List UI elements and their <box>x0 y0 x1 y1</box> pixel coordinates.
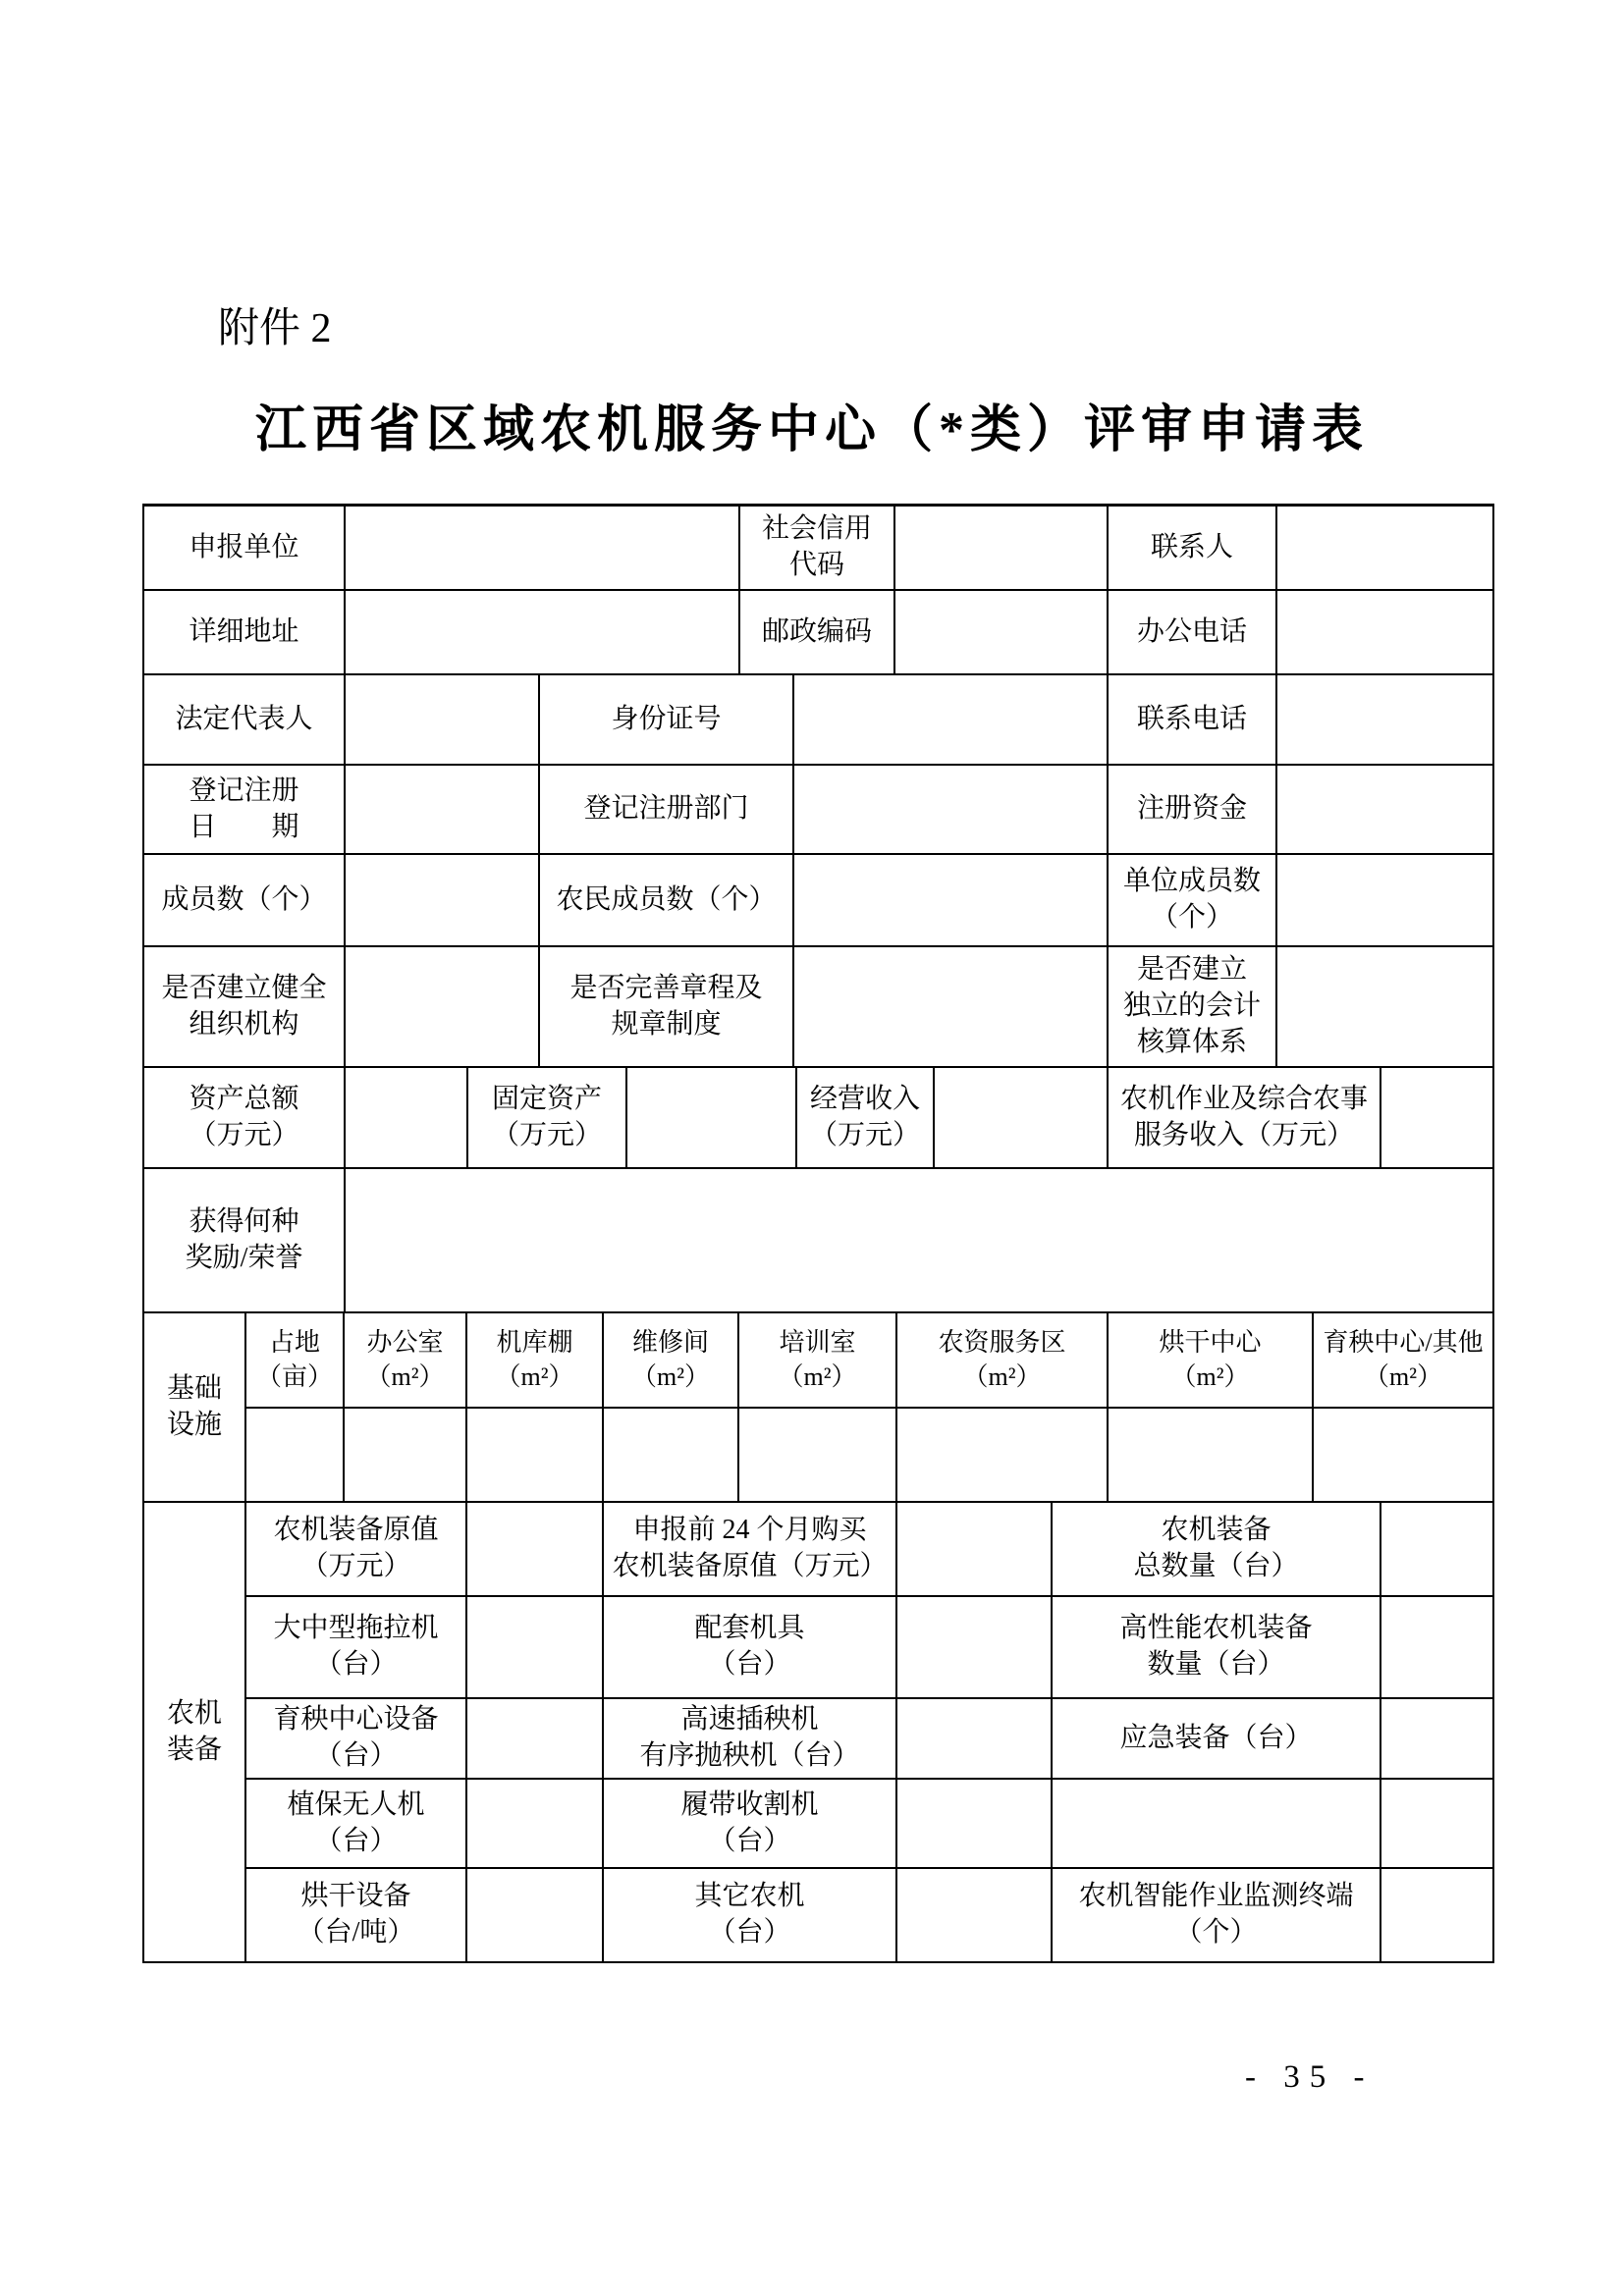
machine-shed-value <box>467 1409 604 1503</box>
drying-center-value <box>1109 1409 1314 1503</box>
attachment-label: 附件 2 <box>218 306 332 351</box>
total-assets-label: 资产总额 （万元） <box>144 1068 346 1169</box>
operating-income-value <box>935 1068 1109 1169</box>
emergency-equipment-label: 应急装备（台） <box>1053 1699 1381 1780</box>
row-legal-representative: 法定代表人 身份证号 联系电话 <box>144 675 1494 766</box>
drone-value <box>467 1780 604 1869</box>
detailed-address-label: 详细地址 <box>144 591 346 675</box>
infrastructure-group-label: 基础 设施 <box>144 1313 246 1503</box>
legal-representative-value <box>346 675 540 766</box>
has-organization-label: 是否建立健全 组织机构 <box>144 947 346 1068</box>
office-phone-value <box>1277 591 1494 675</box>
infrastructure-value-row <box>246 1409 1494 1503</box>
agri-materials-area-label: 农资服务区 （m²） <box>897 1313 1109 1409</box>
row-members: 成员数（个） 农民成员数（个） 单位成员数 （个） <box>144 855 1494 947</box>
detailed-address-value <box>346 591 740 675</box>
section-infrastructure: 基础 设施 占地 （亩） 办公室 （m²） 机库棚 （m²） 维修间 （m²） … <box>144 1313 1494 1503</box>
row-registration: 登记注册 日 期 登记注册部门 注册资金 <box>144 766 1494 855</box>
agri-materials-area-value <box>897 1409 1109 1503</box>
recent-24month-purchase-value <box>897 1503 1053 1597</box>
empty-value-cell <box>1381 1780 1494 1869</box>
seedling-center-other-value <box>1314 1409 1494 1503</box>
other-machinery-value <box>897 1869 1053 1963</box>
recent-24month-purchase-label: 申报前 24 个月购买 农机装备原值（万元） <box>604 1503 897 1597</box>
id-number-value <box>794 675 1109 766</box>
registration-date-label: 登记注册 日 期 <box>144 766 346 855</box>
application-form-table: 申报单位 社会信用 代码 联系人 详细地址 邮政编码 办公电话 法定代表人 身份… <box>142 504 1494 1963</box>
machinery-row-tractor: 大中型拖拉机 （台） 配套机具 （台） 高性能农机装备 数量（台） <box>246 1597 1494 1699</box>
row-address: 详细地址 邮政编码 办公电话 <box>144 591 1494 675</box>
independent-accounting-label: 是否建立 独立的会计 核算体系 <box>1109 947 1277 1068</box>
social-credit-code-label: 社会信用 代码 <box>740 507 895 591</box>
other-machinery-label: 其它农机 （台） <box>604 1869 897 1963</box>
registered-capital-value <box>1277 766 1494 855</box>
applicant-unit-value <box>346 507 740 591</box>
machinery-original-value-value <box>467 1503 604 1597</box>
contact-person-label: 联系人 <box>1109 507 1277 591</box>
machinery-row-original-value: 农机装备原值 （万元） 申报前 24 个月购买 农机装备原值（万元） 农机装备 … <box>246 1503 1494 1597</box>
fixed-assets-label: 固定资产 （万元） <box>468 1068 627 1169</box>
office-phone-label: 办公电话 <box>1109 591 1277 675</box>
machinery-row-drying: 烘干设备 （台/吨） 其它农机 （台） 农机智能作业监测终端 （个） <box>246 1869 1494 1963</box>
crawler-harvester-label: 履带收割机 （台） <box>604 1780 897 1869</box>
has-charter-label: 是否完善章程及 规章制度 <box>540 947 794 1068</box>
registration-authority-value <box>794 766 1109 855</box>
registered-capital-label: 注册资金 <box>1109 766 1277 855</box>
id-number-label: 身份证号 <box>540 675 794 766</box>
machinery-row-drone: 植保无人机 （台） 履带收割机 （台） <box>246 1780 1494 1869</box>
office-area-value <box>345 1409 467 1503</box>
drone-label: 植保无人机 （台） <box>246 1780 467 1869</box>
machinery-service-income-value <box>1381 1068 1494 1169</box>
registration-date-value <box>346 766 540 855</box>
infrastructure-header-row: 占地 （亩） 办公室 （m²） 机库棚 （m²） 维修间 （m²） 培训室 （m… <box>246 1313 1494 1409</box>
machinery-service-income-label: 农机作业及综合农事 服务收入（万元） <box>1109 1068 1381 1169</box>
office-area-label: 办公室 （m²） <box>345 1313 467 1409</box>
section-machinery: 农机 装备 农机装备原值 （万元） 申报前 24 个月购买 农机装备原值（万元）… <box>144 1503 1494 1963</box>
page-number: - 35 - <box>1245 2059 1374 2096</box>
seedling-center-other-label: 育秧中心/其他 （m²） <box>1314 1313 1494 1409</box>
registration-authority-label: 登记注册部门 <box>540 766 794 855</box>
unit-member-count-value <box>1277 855 1494 947</box>
contact-person-value <box>1277 507 1494 591</box>
row-governance: 是否建立健全 组织机构 是否完善章程及 规章制度 是否建立 独立的会计 核算体系 <box>144 947 1494 1068</box>
repair-room-value <box>604 1409 739 1503</box>
machine-shed-label: 机库棚 （m²） <box>467 1313 604 1409</box>
postal-code-label: 邮政编码 <box>740 591 895 675</box>
machinery-total-count-value <box>1381 1503 1494 1597</box>
smart-monitoring-terminal-label: 农机智能作业监测终端 （个） <box>1053 1869 1381 1963</box>
training-room-value <box>739 1409 897 1503</box>
land-area-label: 占地 （亩） <box>246 1313 345 1409</box>
row-awards: 获得何种 奖励/荣誉 <box>144 1169 1494 1313</box>
farmer-member-count-value <box>794 855 1109 947</box>
awards-honors-value <box>346 1169 1494 1313</box>
transplanter-value <box>897 1699 1053 1780</box>
total-assets-value <box>346 1068 468 1169</box>
awards-honors-label: 获得何种 奖励/荣誉 <box>144 1169 346 1313</box>
has-organization-value <box>346 947 540 1068</box>
operating-income-label: 经营收入 （万元） <box>797 1068 935 1169</box>
machinery-row-seedling: 育秧中心设备 （台） 高速插秧机 有序抛秧机（台） 应急装备（台） <box>246 1699 1494 1780</box>
postal-code-value <box>895 591 1109 675</box>
row-finance: 资产总额 （万元） 固定资产 （万元） 经营收入 （万元） 农机作业及综合农事 … <box>144 1068 1494 1169</box>
crawler-harvester-value <box>897 1780 1053 1869</box>
emergency-equipment-value <box>1381 1699 1494 1780</box>
matching-implements-value <box>897 1597 1053 1699</box>
repair-room-label: 维修间 （m²） <box>604 1313 739 1409</box>
applicant-unit-label: 申报单位 <box>144 507 346 591</box>
row-applicant-unit: 申报单位 社会信用 代码 联系人 <box>144 507 1494 591</box>
contact-phone-value <box>1277 675 1494 766</box>
training-room-label: 培训室 （m²） <box>739 1313 897 1409</box>
legal-representative-label: 法定代表人 <box>144 675 346 766</box>
machinery-total-count-label: 农机装备 总数量（台） <box>1053 1503 1381 1597</box>
smart-monitoring-terminal-value <box>1381 1869 1494 1963</box>
document-title: 江西省区域农机服务中心（*类）评审申请表 <box>0 400 1624 461</box>
independent-accounting-value <box>1277 947 1494 1068</box>
seedling-equipment-value <box>467 1699 604 1780</box>
high-performance-count-label: 高性能农机装备 数量（台） <box>1053 1597 1381 1699</box>
matching-implements-label: 配套机具 （台） <box>604 1597 897 1699</box>
seedling-equipment-label: 育秧中心设备 （台） <box>246 1699 467 1780</box>
unit-member-count-label: 单位成员数 （个） <box>1109 855 1277 947</box>
machinery-group-label: 农机 装备 <box>144 1503 246 1963</box>
member-count-label: 成员数（个） <box>144 855 346 947</box>
transplanter-label: 高速插秧机 有序抛秧机（台） <box>604 1699 897 1780</box>
contact-phone-label: 联系电话 <box>1109 675 1277 766</box>
document-page: 附件 2 江西省区域农机服务中心（*类）评审申请表 申报单位 社会信用 代码 联… <box>0 0 1624 2296</box>
land-area-value <box>246 1409 345 1503</box>
tractor-value <box>467 1597 604 1699</box>
social-credit-code-value <box>895 507 1109 591</box>
machinery-original-value-label: 农机装备原值 （万元） <box>246 1503 467 1597</box>
fixed-assets-value <box>627 1068 797 1169</box>
has-charter-value <box>794 947 1109 1068</box>
high-performance-count-value <box>1381 1597 1494 1699</box>
drying-equipment-label: 烘干设备 （台/吨） <box>246 1869 467 1963</box>
farmer-member-count-label: 农民成员数（个） <box>540 855 794 947</box>
drying-equipment-value <box>467 1869 604 1963</box>
member-count-value <box>346 855 540 947</box>
empty-label-cell <box>1053 1780 1381 1869</box>
drying-center-label: 烘干中心 （m²） <box>1109 1313 1314 1409</box>
tractor-label: 大中型拖拉机 （台） <box>246 1597 467 1699</box>
